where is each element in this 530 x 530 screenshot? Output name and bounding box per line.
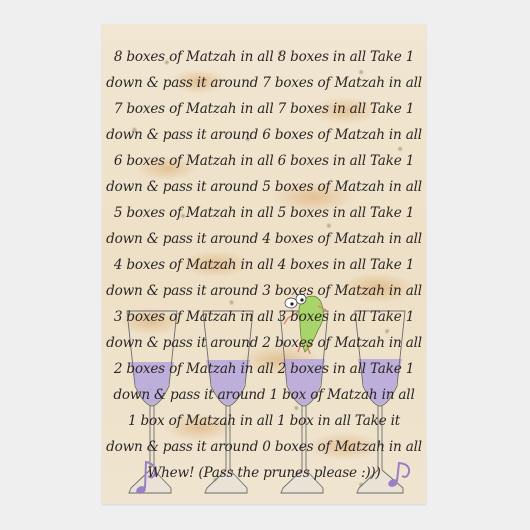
lyric-line: 3 boxes of Matzah in all 3 boxes in all … <box>102 304 426 330</box>
lyric-line-closing: Whew! (Pass the prunes please :))) <box>102 460 426 486</box>
lyric-line: down & pass it around 1 box of Matzah in… <box>102 382 426 408</box>
lyric-line: 4 boxes of Matzah in all 4 boxes in all … <box>102 252 426 278</box>
lyric-line: 7 boxes of Matzah in all 7 boxes in all … <box>102 96 426 122</box>
lyric-line: down & pass it around 0 boxes of Matzah … <box>102 434 426 460</box>
lyrics-text: 8 boxes of Matzah in all 8 boxes in all … <box>102 44 426 486</box>
lyric-line: 2 boxes of Matzah in all 2 boxes in all … <box>102 356 426 382</box>
lyric-line: 6 boxes of Matzah in all 6 boxes in all … <box>102 148 426 174</box>
lyric-line: 5 boxes of Matzah in all 5 boxes in all … <box>102 200 426 226</box>
lyric-line: 8 boxes of Matzah in all 8 boxes in all … <box>102 44 426 70</box>
lyric-line: down & pass it around 4 boxes of Matzah … <box>102 226 426 252</box>
lyric-line: down & pass it around 5 boxes of Matzah … <box>102 174 426 200</box>
lyric-line: down & pass it around 6 boxes of Matzah … <box>102 122 426 148</box>
lyric-line: down & pass it around 2 boxes of Matzah … <box>102 330 426 356</box>
lyric-line: down & pass it around 7 boxes of Matzah … <box>102 70 426 96</box>
lyric-line: 1 box of Matzah in all 1 box in all Take… <box>102 408 426 434</box>
lyric-line: down & pass it around 3 boxes of Matzah … <box>102 278 426 304</box>
